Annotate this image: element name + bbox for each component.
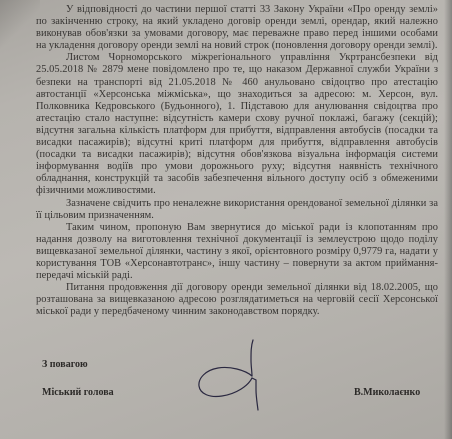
page-shadow — [0, 0, 40, 70]
letter-body: У відповідності до частини першої статті… — [36, 4, 438, 318]
page-edge-shadow — [444, 0, 452, 439]
paragraph-proposal: Таким чином, пропоную Вам звернутися до … — [36, 222, 438, 282]
paragraph-law-reference: У відповідності до частини першої статті… — [36, 4, 438, 52]
paragraph-lease-extension: Питання продовження дії договору оренди … — [36, 282, 438, 318]
handwritten-signature-icon — [190, 338, 270, 418]
paragraph-improper-use: Зазначене свідчить про неналежне викорис… — [36, 198, 438, 222]
signer-name: В.Миколаєнко — [354, 387, 420, 398]
paragraph-certificate-annulment: Листом Чорноморського міжрегіонального у… — [36, 52, 438, 197]
closing-phrase: З повагою — [42, 359, 88, 370]
signer-position: Міський голова — [42, 387, 114, 398]
